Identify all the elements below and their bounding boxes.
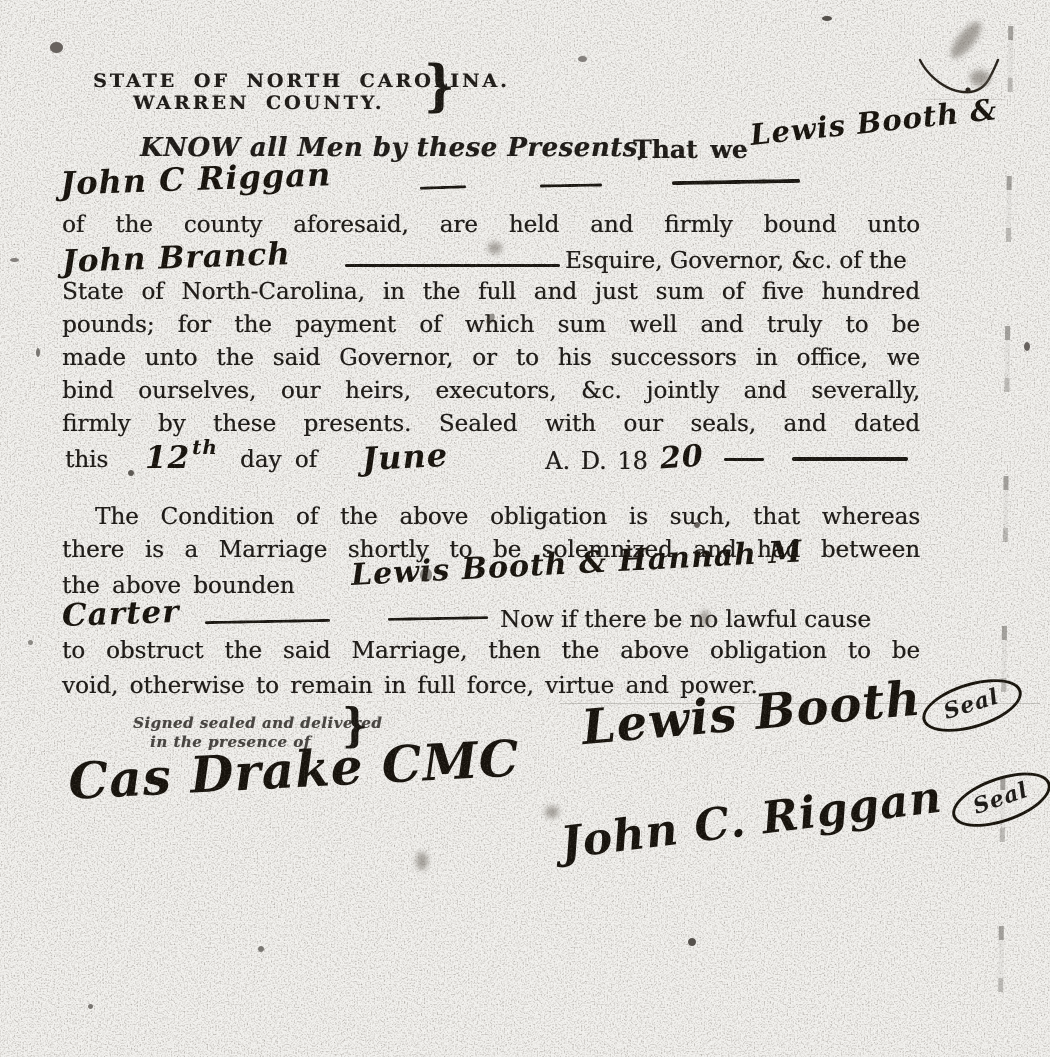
scanned-marriage-bond-document: STATE OF NORTH CAROLINA. WARREN COUNTY. … [0, 0, 1050, 1057]
paper-speck [578, 56, 587, 62]
witness-signature: Cas Drake CMC [67, 728, 521, 811]
paper-speck [688, 938, 696, 946]
esquire-clause: Esquire, Governor, &c. of the [565, 248, 907, 274]
date-ad-label: A. D. 18 [545, 447, 648, 475]
paper-speck [10, 258, 19, 262]
condition-lawful-cause-clause: Now if there be no lawful cause [500, 607, 871, 633]
header-brace: } [424, 54, 455, 118]
pen-mark-top-right [918, 42, 1028, 112]
handwritten-dash [672, 179, 800, 185]
that-we-clause: That we [633, 135, 748, 164]
seal-stamp: Seal [945, 762, 1050, 838]
condition-line-1: The Condition of the above obligation is… [95, 506, 920, 529]
condition-line-5: to obstruct the said Marriage, then the … [62, 640, 920, 663]
obligation-line-6: bind ourselves, our heirs, executors, &c… [62, 380, 920, 403]
paper-speck [88, 1004, 93, 1009]
handwritten-dash [388, 616, 488, 621]
seal-stamp: Seal [917, 669, 1028, 742]
handwritten-dash [724, 458, 764, 461]
handwritten-dash [792, 457, 908, 461]
handwritten-bride-surname: Carter [61, 594, 180, 634]
day-ordinal-suffix: th [192, 435, 218, 459]
paper-speck [36, 348, 40, 357]
obligation-line-4: pounds; for the payment of which sum wel… [62, 314, 920, 337]
obligation-line-7: firmly by these presents. Sealed with ou… [62, 413, 920, 436]
date-this-label: this [65, 447, 108, 473]
paper-speck [822, 16, 832, 21]
day-number: 12 [145, 440, 190, 476]
obligation-line-3: State of North-Carolina, in the full and… [62, 281, 920, 304]
paper-speck [128, 470, 134, 476]
handwritten-dash [540, 183, 602, 187]
signatory-name: John C. Riggan [558, 772, 945, 869]
paper-smudge [488, 242, 502, 254]
obligation-line-1: of the county aforesaid, are held and fi… [62, 214, 920, 237]
paper-speck [258, 946, 264, 952]
handwritten-month: June [361, 436, 449, 478]
handwritten-year: 20 [659, 439, 705, 477]
paper-smudge [416, 852, 428, 870]
paper-smudge [545, 806, 559, 818]
paper-speck [50, 42, 63, 53]
obligation-line-5: made unto the said Governor, or to his s… [62, 347, 920, 370]
payee-name-handwritten: John Branch [61, 236, 291, 280]
handwritten-dash [205, 619, 330, 624]
handwritten-dash [420, 185, 466, 190]
handwritten-dash [345, 264, 560, 267]
signature-john-riggan: John C. Riggan Seal [558, 758, 1050, 876]
scan-edge-crease [997, 0, 1013, 1057]
handwritten-day: 12th [145, 440, 218, 476]
date-day-of-label: day of [240, 447, 317, 473]
handwritten-principal-names-2: John C Riggan [59, 155, 331, 202]
header-county-line: WARREN COUNTY. [133, 92, 384, 114]
paper-speck [28, 640, 33, 645]
paper-speck [1024, 342, 1030, 351]
